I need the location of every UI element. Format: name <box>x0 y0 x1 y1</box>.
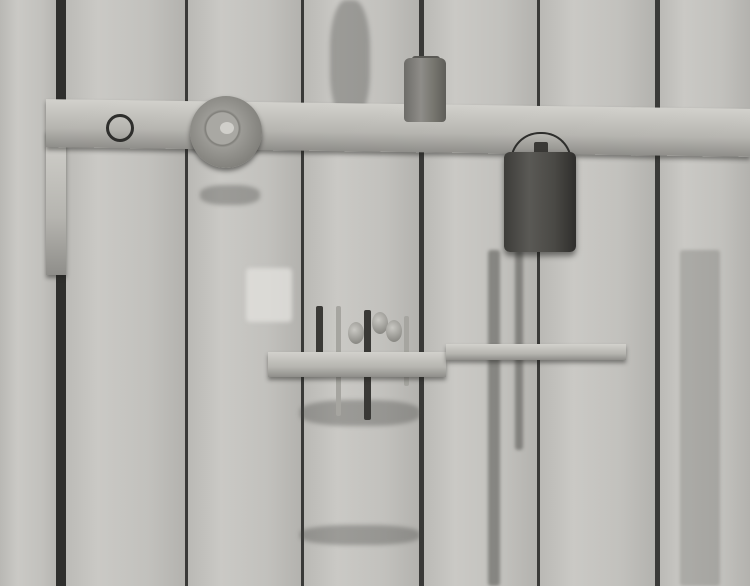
rack-extension <box>446 344 626 360</box>
spoon <box>386 320 402 342</box>
plank-seam <box>185 0 188 586</box>
wall-plank <box>538 0 656 586</box>
glass-jar <box>404 58 446 122</box>
utensil-rack <box>268 352 446 377</box>
wall-stain <box>300 400 420 426</box>
plank-seam <box>655 0 660 586</box>
ring-hook <box>106 114 134 142</box>
knife <box>316 306 323 356</box>
paper-scrap <box>246 268 292 322</box>
wall-stain <box>200 185 260 205</box>
plank-seam <box>56 0 66 586</box>
wall-plank <box>60 0 186 586</box>
frame-board <box>46 130 66 275</box>
top-shelf <box>46 99 750 157</box>
pot-lid-knob <box>220 122 234 134</box>
tin-pail <box>504 152 576 252</box>
photograph <box>0 0 750 586</box>
plank-seam <box>301 0 304 586</box>
wall-streak <box>680 250 720 586</box>
wall-stain <box>330 0 370 120</box>
plank-seam <box>537 0 540 586</box>
wall-stain <box>300 525 420 545</box>
spoon <box>348 322 364 344</box>
wall-plank <box>0 0 60 586</box>
wall-streak <box>488 250 500 586</box>
